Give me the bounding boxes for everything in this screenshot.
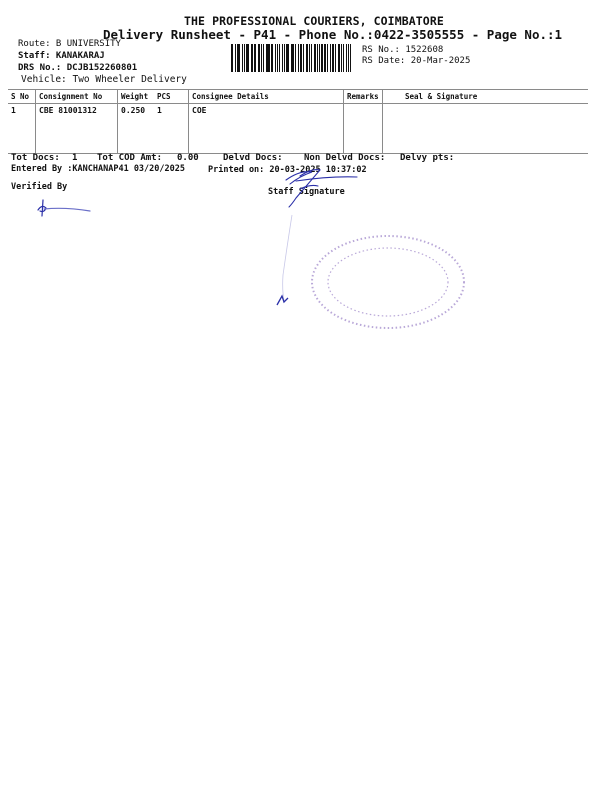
staff-label: Staff: KANAKARAJ [18, 51, 105, 61]
vehicle-label: Vehicle: Two Wheeler Delivery [21, 74, 187, 85]
tot-docs-value: 1 [72, 153, 77, 163]
barcode-bar [291, 44, 292, 72]
verified-by-label: Verified By [11, 182, 67, 192]
delvy-pts-label: Delvy pts: [400, 153, 454, 163]
barcode [231, 44, 353, 72]
barcode-bar [300, 44, 302, 72]
col-consignment-no: Consignment No [36, 90, 118, 104]
tot-docs-label: Tot Docs: [11, 153, 60, 163]
barcode-bar [277, 44, 278, 72]
col-weight: Weight [118, 90, 155, 104]
barcode-bar [314, 44, 316, 72]
runsheet-title: Delivery Runsheet - P41 - Phone No.:0422… [103, 27, 562, 42]
cell-consignment-no: CBE 81001312 [36, 104, 118, 154]
barcode-bar [286, 44, 289, 72]
route-label: Route: B UNIVERSITY [18, 39, 121, 49]
col-remarks: Remarks [344, 90, 383, 104]
barcode-bar [242, 44, 243, 72]
barcode-bar [319, 44, 320, 72]
barcode-bar [258, 44, 260, 72]
barcode-bar [271, 44, 273, 72]
col-pcs: PCS [154, 90, 189, 104]
drs-number: DRS No.: DCJB152260801 [18, 63, 137, 73]
barcode-bar [343, 44, 344, 72]
barcode-bar [244, 44, 245, 72]
barcode-bar [306, 44, 309, 72]
barcode-bar [303, 44, 304, 72]
barcode-bar [266, 44, 267, 72]
delvd-docs-label: Delvd Docs: [223, 153, 283, 163]
barcode-bar [332, 44, 335, 72]
barcode-bar [251, 44, 252, 72]
stamp-seal-icon [312, 236, 464, 328]
barcode-bar [324, 44, 326, 72]
consignment-table: S No Consignment No Weight PCS Consignee… [8, 89, 588, 154]
rs-number: RS No.: 1522608 [362, 45, 443, 55]
barcode-bar [238, 44, 240, 72]
printed-on: Printed on: 20-03-2025 10:37:02 [208, 165, 367, 175]
non-delvd-docs-label: Non Delvd Docs: [304, 153, 385, 163]
cell-pcs: 1 [154, 104, 189, 154]
barcode-bar [261, 44, 262, 72]
tot-cod-value: 0.00 [177, 153, 199, 163]
barcode-bar [330, 44, 331, 72]
barcode-bar [284, 44, 285, 72]
barcode-bar [298, 44, 299, 72]
col-consignee-details: Consignee Details [189, 90, 344, 104]
barcode-bar [295, 44, 296, 72]
company-name: THE PROFESSIONAL COURIERS, COIMBATORE [184, 14, 444, 28]
faint-pen-curve [283, 215, 292, 300]
barcode-bar [327, 44, 328, 72]
barcode-bar [237, 44, 238, 72]
barcode-bar [267, 44, 270, 72]
barcode-bar [350, 44, 351, 72]
pen-mark-icon [277, 296, 288, 305]
barcode-bar [231, 44, 233, 72]
barcode-bar [346, 44, 348, 72]
staff-signature-label: Staff Signature [268, 187, 345, 197]
col-seal-signature: Seal & Signature [383, 90, 589, 104]
entered-by: Entered By :KANCHANAP41 03/20/2025 [11, 164, 185, 174]
barcode-bar [254, 44, 256, 72]
barcode-bar [317, 44, 318, 72]
barcode-bar [321, 44, 323, 72]
table-header-row: S No Consignment No Weight PCS Consignee… [8, 90, 588, 104]
rs-date: RS Date: 20-Mar-2025 [362, 56, 470, 66]
tot-cod-label: Tot COD Amt: [97, 153, 162, 163]
barcode-bar [252, 44, 253, 72]
barcode-bar [246, 44, 249, 72]
barcode-bar [311, 44, 312, 72]
cell-remarks [344, 104, 383, 154]
barcode-bar [341, 44, 342, 72]
barcode-bar [279, 44, 281, 72]
barcode-bar [292, 44, 294, 72]
barcode-bar [275, 44, 276, 72]
barcode-bar [348, 44, 349, 72]
cell-seal-signature [383, 104, 589, 154]
table-row: 1 CBE 81001312 0.250 1 COE [8, 104, 588, 154]
barcode-bar [338, 44, 340, 72]
verified-signature [38, 200, 90, 216]
barcode-bar [309, 44, 310, 72]
cell-consignee: COE [189, 104, 344, 154]
barcode-bar [282, 44, 283, 72]
cell-weight: 0.250 [118, 104, 155, 154]
cell-sno: 1 [8, 104, 36, 154]
barcode-bar [235, 44, 236, 72]
col-sno: S No [8, 90, 36, 104]
barcode-bar [335, 44, 336, 72]
barcode-bar [263, 44, 264, 72]
